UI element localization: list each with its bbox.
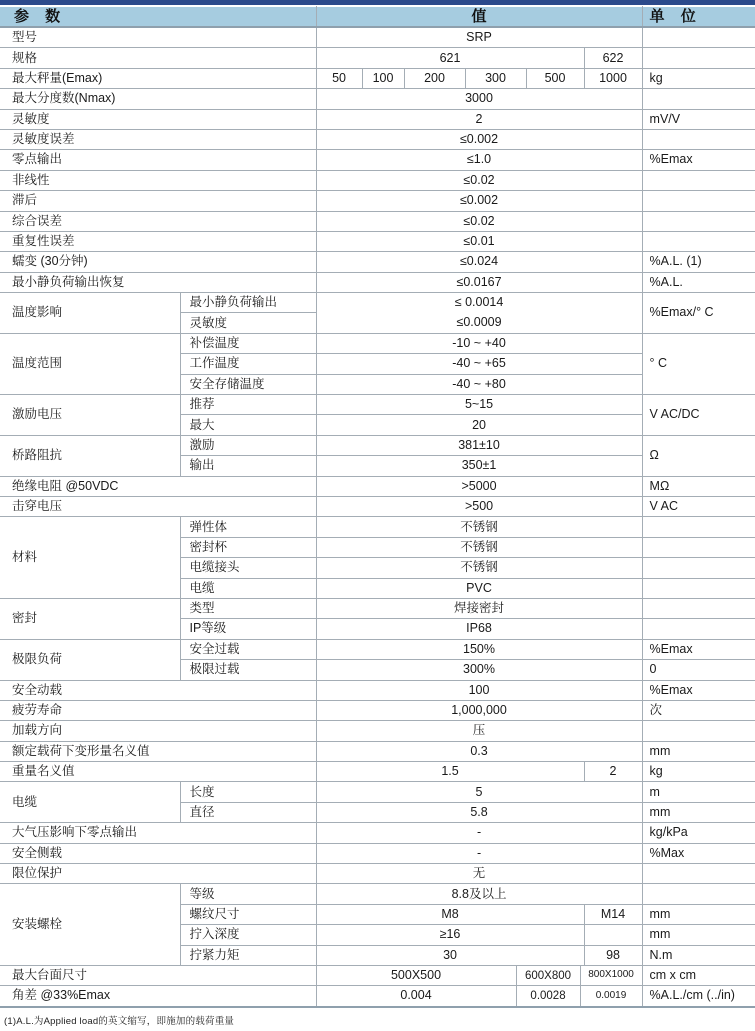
sub-param-cell: 补偿温度	[180, 333, 316, 353]
unit-cell: MΩ	[642, 476, 755, 496]
unit-cell: %Max	[642, 843, 755, 863]
value-cell: 50	[316, 68, 362, 88]
value-cell: ≤0.02	[316, 211, 642, 231]
value-cell: 不锈钢	[316, 517, 642, 537]
value-cell: 1000	[584, 68, 642, 88]
param-cell: 最大秤量(Emax)	[0, 68, 316, 88]
unit-cell: kg	[642, 762, 755, 782]
spec-table: 参 数值单 位型号SRP规格621622最大秤量(Emax)5010020030…	[0, 6, 755, 1008]
value-cell: 600X800	[516, 965, 580, 985]
unit-cell: %A.L.	[642, 272, 755, 292]
value-cell: 100	[362, 68, 404, 88]
unit-cell: mm	[642, 802, 755, 822]
unit-cell: Ω	[642, 435, 755, 476]
param-cell: 安全侧载	[0, 843, 316, 863]
unit-cell: mm	[642, 904, 755, 924]
table-row: 疲劳寿命1,000,000次	[0, 700, 755, 720]
value-cell: 8.8及以上	[316, 884, 642, 904]
unit-cell: %Emax	[642, 680, 755, 700]
value-cell: 5~15	[316, 395, 642, 415]
page: { "table": { "columns": [180,136,46,42,6…	[0, 0, 755, 1031]
unit-cell	[642, 170, 755, 190]
footnote: (1)A.L.为Applied load的英文缩写，即施加的载荷重量	[0, 1008, 755, 1027]
table-row: 温度影响最小静负荷输出≤ 0.0014%Emax/° C	[0, 293, 755, 313]
sub-param-cell: 电缆	[180, 578, 316, 598]
sub-param-cell: 最小静负荷输出	[180, 293, 316, 313]
unit-cell	[642, 48, 755, 68]
unit-cell	[642, 517, 755, 537]
value-cell: 压	[316, 721, 642, 741]
value-cell: ≤0.0167	[316, 272, 642, 292]
sub-param-cell: 安全存储温度	[180, 374, 316, 394]
sub-param-cell: 密封杯	[180, 537, 316, 557]
table-row: 最大台面尺寸500X500600X800800X1000cm x cm	[0, 965, 755, 985]
value-cell: 2	[584, 762, 642, 782]
sub-param-cell: 工作温度	[180, 354, 316, 374]
sub-param-cell: 安全过载	[180, 639, 316, 659]
param-cell: 非线性	[0, 170, 316, 190]
sub-param-cell: 弹性体	[180, 517, 316, 537]
value-cell: 焊接密封	[316, 598, 642, 618]
value-cell: 381±10	[316, 435, 642, 455]
param-cell: 重量名义值	[0, 762, 316, 782]
sub-param-cell: 类型	[180, 598, 316, 618]
unit-cell: 次	[642, 700, 755, 720]
value-cell: M8	[316, 904, 584, 924]
unit-cell: mm	[642, 925, 755, 945]
param-cell: 密封	[0, 598, 180, 639]
sub-param-cell: 激励	[180, 435, 316, 455]
value-cell: ≤0.01	[316, 231, 642, 251]
unit-cell: V AC	[642, 496, 755, 516]
unit-cell	[642, 27, 755, 48]
unit-cell	[642, 619, 755, 639]
unit-cell: N.m	[642, 945, 755, 965]
value-cell: 3000	[316, 89, 642, 109]
value-cell: 20	[316, 415, 642, 435]
value-cell: ≤0.024	[316, 252, 642, 272]
param-cell: 综合误差	[0, 211, 316, 231]
value-cell: 5.8	[316, 802, 642, 822]
param-cell: 温度影响	[0, 293, 180, 334]
table-row: 安全动载100%Emax	[0, 680, 755, 700]
unit-cell: kg/kPa	[642, 823, 755, 843]
header-row: 参 数值单 位	[0, 7, 755, 28]
param-cell: 滞后	[0, 191, 316, 211]
param-cell: 最小静负荷输出恢复	[0, 272, 316, 292]
unit-cell	[642, 578, 755, 598]
header-unit: 单 位	[642, 7, 755, 28]
table-row: 规格621622	[0, 48, 755, 68]
sub-param-cell: 灵敏度	[180, 313, 316, 333]
table-row: 绝缘电阻 @50VDC>5000MΩ	[0, 476, 755, 496]
param-cell: 最大分度数(Nmax)	[0, 89, 316, 109]
param-cell: 角差 @33%Emax	[0, 986, 316, 1007]
unit-cell: mV/V	[642, 109, 755, 129]
unit-cell	[642, 721, 755, 741]
value-cell: ≤ 0.0014	[316, 293, 642, 313]
sub-param-cell: 电缆接头	[180, 558, 316, 578]
value-cell: ≥16	[316, 925, 584, 945]
value-cell: ≤0.002	[316, 191, 642, 211]
param-cell: 极限负荷	[0, 639, 180, 680]
unit-cell	[642, 558, 755, 578]
value-cell: 500	[526, 68, 584, 88]
sub-param-cell: 螺纹尺寸	[180, 904, 316, 924]
unit-cell	[642, 598, 755, 618]
value-cell: 150%	[316, 639, 642, 659]
value-cell: ≤0.0009	[316, 313, 642, 333]
unit-cell: %Emax	[642, 639, 755, 659]
value-cell: 1.5	[316, 762, 584, 782]
param-cell: 蠕变 (30分钟)	[0, 252, 316, 272]
value-cell: 622	[584, 48, 642, 68]
unit-cell: mm	[642, 741, 755, 761]
sub-param-cell: 推荐	[180, 395, 316, 415]
param-cell: 零点输出	[0, 150, 316, 170]
param-cell: 激励电压	[0, 395, 180, 436]
sub-param-cell: 拧紧力矩	[180, 945, 316, 965]
unit-cell	[642, 211, 755, 231]
value-cell: 不锈钢	[316, 537, 642, 557]
param-cell: 规格	[0, 48, 316, 68]
value-cell: 1,000,000	[316, 700, 642, 720]
param-cell: 疲劳寿命	[0, 700, 316, 720]
value-cell: 300	[465, 68, 526, 88]
param-cell: 限位保护	[0, 864, 316, 884]
unit-cell: m	[642, 782, 755, 802]
value-cell: 100	[316, 680, 642, 700]
unit-cell: 0	[642, 660, 755, 680]
header-param: 参 数	[0, 7, 316, 28]
table-row: 最小静负荷输出恢复≤0.0167%A.L.	[0, 272, 755, 292]
param-cell: 温度范围	[0, 333, 180, 394]
sub-param-cell: 直径	[180, 802, 316, 822]
value-cell: 无	[316, 864, 642, 884]
value-cell: 0.0028	[516, 986, 580, 1007]
table-row: 非线性≤0.02	[0, 170, 755, 190]
table-row: 灵敏度误差≤0.002	[0, 129, 755, 149]
param-cell: 灵敏度	[0, 109, 316, 129]
param-cell: 重复性误差	[0, 231, 316, 251]
unit-cell: %A.L. (1)	[642, 252, 755, 272]
value-cell: 200	[404, 68, 465, 88]
value-cell: 不锈钢	[316, 558, 642, 578]
header-value: 值	[316, 7, 642, 28]
value-cell: -	[316, 823, 642, 843]
value-cell: 98	[584, 945, 642, 965]
param-cell: 安全动载	[0, 680, 316, 700]
sub-param-cell: 输出	[180, 456, 316, 476]
unit-cell: %A.L./cm (../in)	[642, 986, 755, 1007]
table-row: 重复性误差≤0.01	[0, 231, 755, 251]
value-cell: -	[316, 843, 642, 863]
value-cell: 500X500	[316, 965, 516, 985]
param-cell: 绝缘电阻 @50VDC	[0, 476, 316, 496]
table-row: 滞后≤0.002	[0, 191, 755, 211]
param-cell: 加载方向	[0, 721, 316, 741]
unit-cell	[642, 884, 755, 904]
value-cell: 300%	[316, 660, 642, 680]
value-cell: -40 ~ +80	[316, 374, 642, 394]
unit-cell	[642, 129, 755, 149]
table-row: 零点输出≤1.0%Emax	[0, 150, 755, 170]
table-row: 限位保护无	[0, 864, 755, 884]
table-row: 蠕变 (30分钟)≤0.024%A.L. (1)	[0, 252, 755, 272]
param-cell: 灵敏度误差	[0, 129, 316, 149]
param-cell: 型号	[0, 27, 316, 48]
unit-cell: cm x cm	[642, 965, 755, 985]
table-row: 加载方向压	[0, 721, 755, 741]
unit-cell	[642, 537, 755, 557]
unit-cell: %Emax/° C	[642, 293, 755, 334]
table-row: 安装螺栓等级8.8及以上	[0, 884, 755, 904]
param-cell: 安装螺栓	[0, 884, 180, 966]
unit-cell	[642, 231, 755, 251]
unit-cell	[642, 864, 755, 884]
value-cell: IP68	[316, 619, 642, 639]
value-cell	[584, 925, 642, 945]
param-cell: 材料	[0, 517, 180, 599]
table-row: 最大秤量(Emax)501002003005001000kg	[0, 68, 755, 88]
value-cell: PVC	[316, 578, 642, 598]
sub-param-cell: 最大	[180, 415, 316, 435]
table-row: 型号SRP	[0, 27, 755, 48]
sub-param-cell: 等级	[180, 884, 316, 904]
table-row: 角差 @33%Emax0.0040.00280.0019%A.L./cm (..…	[0, 986, 755, 1007]
param-cell: 额定载荷下变形量名义值	[0, 741, 316, 761]
value-cell: ≤1.0	[316, 150, 642, 170]
value-cell: -10 ~ +40	[316, 333, 642, 353]
table-row: 最大分度数(Nmax)3000	[0, 89, 755, 109]
unit-cell: V AC/DC	[642, 395, 755, 436]
value-cell: 30	[316, 945, 584, 965]
value-cell: 800X1000	[580, 965, 642, 985]
value-cell: >500	[316, 496, 642, 516]
table-row: 激励电压推荐5~15V AC/DC	[0, 395, 755, 415]
sub-param-cell: 极限过载	[180, 660, 316, 680]
value-cell: 350±1	[316, 456, 642, 476]
sub-param-cell: 拧入深度	[180, 925, 316, 945]
value-cell: >5000	[316, 476, 642, 496]
value-cell: -40 ~ +65	[316, 354, 642, 374]
table-row: 重量名义值1.52kg	[0, 762, 755, 782]
table-row: 大气压影响下零点输出-kg/kPa	[0, 823, 755, 843]
table-row: 密封类型焊接密封	[0, 598, 755, 618]
param-cell: 桥路阻抗	[0, 435, 180, 476]
unit-cell: %Emax	[642, 150, 755, 170]
value-cell: 5	[316, 782, 642, 802]
unit-cell: kg	[642, 68, 755, 88]
value-cell: M14	[584, 904, 642, 924]
table-row: 灵敏度2mV/V	[0, 109, 755, 129]
unit-cell	[642, 89, 755, 109]
value-cell: 0.0019	[580, 986, 642, 1007]
value-cell: ≤0.02	[316, 170, 642, 190]
table-row: 电缆长度5m	[0, 782, 755, 802]
unit-cell	[642, 191, 755, 211]
table-row: 温度范围补偿温度-10 ~ +40° C	[0, 333, 755, 353]
table-row: 额定载荷下变形量名义值0.3mm	[0, 741, 755, 761]
sub-param-cell: IP等级	[180, 619, 316, 639]
param-cell: 大气压影响下零点输出	[0, 823, 316, 843]
value-cell: 0.004	[316, 986, 516, 1007]
table-row: 击穿电压>500V AC	[0, 496, 755, 516]
param-cell: 电缆	[0, 782, 180, 823]
param-cell: 最大台面尺寸	[0, 965, 316, 985]
param-cell: 击穿电压	[0, 496, 316, 516]
unit-cell: ° C	[642, 333, 755, 394]
sub-param-cell: 长度	[180, 782, 316, 802]
table-row: 桥路阻抗激励381±10Ω	[0, 435, 755, 455]
value-cell: 621	[316, 48, 584, 68]
table-row: 极限负荷安全过载150%%Emax	[0, 639, 755, 659]
table-row: 安全侧载-%Max	[0, 843, 755, 863]
value-cell: 0.3	[316, 741, 642, 761]
table-row: 材料弹性体不锈钢	[0, 517, 755, 537]
value-cell: 2	[316, 109, 642, 129]
value-cell: SRP	[316, 27, 642, 48]
table-row: 综合误差≤0.02	[0, 211, 755, 231]
value-cell: ≤0.002	[316, 129, 642, 149]
